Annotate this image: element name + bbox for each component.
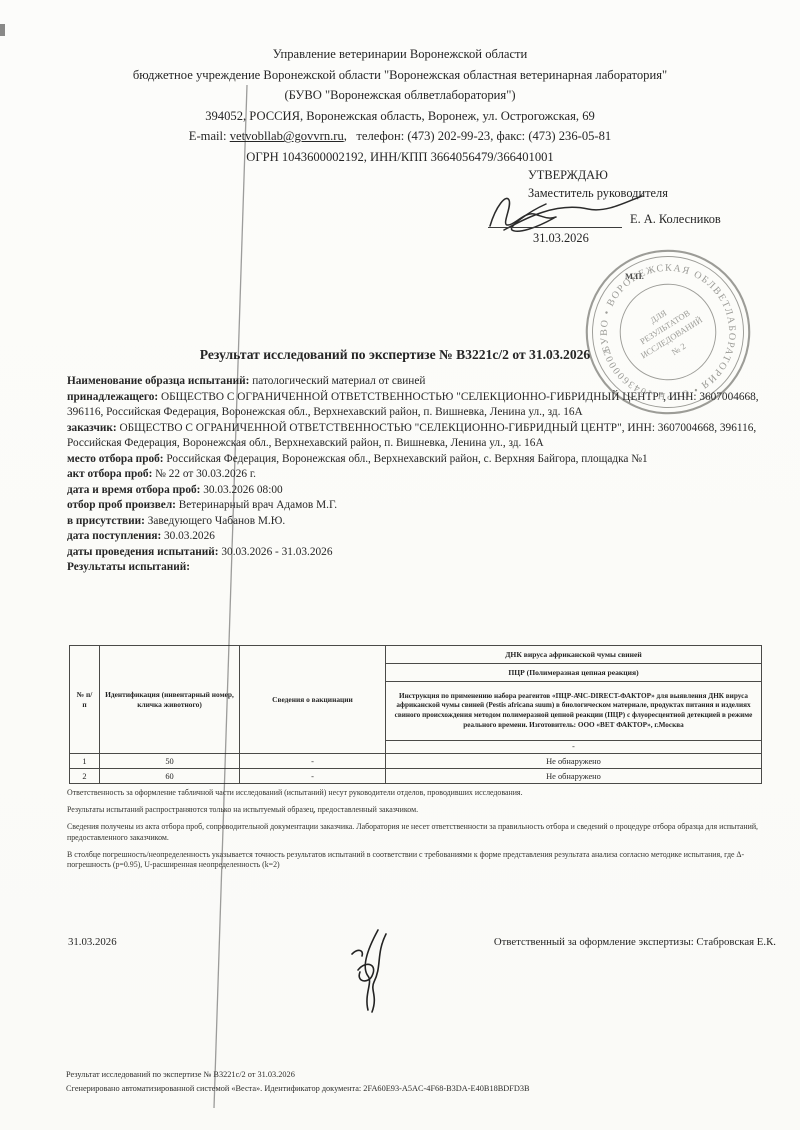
footer-generated-line: Сгенерировано автоматизированной системо… [66, 1082, 530, 1096]
email-label: E-mail: [189, 129, 230, 143]
detail-line: дата и время отбора проб: 30.03.2026 08:… [67, 483, 779, 499]
table-row: 2 60 - Не обнаружено [70, 769, 762, 784]
letterhead-org-line: Управление ветеринарии Воронежской облас… [40, 44, 760, 65]
detail-line: Наименование образца испытаний: патологи… [67, 374, 779, 390]
detail-line: в присутствии: Заведующего Чабанов М.Ю. [67, 514, 779, 530]
scan-artifact-mark [0, 24, 5, 36]
footnote: Сведения получены из акта отбора проб, с… [67, 822, 781, 843]
executor-signature-icon [338, 924, 402, 1016]
letterhead-ogrn-line: ОГРН 1043600002192, ИНН/КПП 3664056479/3… [40, 147, 760, 168]
result-cell: Не обнаружено [386, 754, 762, 769]
signature-line [488, 227, 622, 228]
letterhead-org-line: бюджетное учреждение Воронежской области… [40, 65, 760, 86]
detail-line: отбор проб произвел: Ветеринарный врач А… [67, 498, 779, 514]
approve-date: 31.03.2026 [533, 231, 589, 246]
results-table: № п/п Идентификация (инвентарный номер, … [69, 645, 762, 784]
page-title: Результат исследований по экспертизе № В… [0, 347, 790, 363]
signoff-date: 31.03.2026 [68, 936, 117, 948]
footnote: В столбце погрешность/неопределенность у… [67, 850, 781, 871]
document-page: Управление ветеринарии Воронежской облас… [0, 0, 800, 1130]
detail-line: заказчик: ОБЩЕСТВО С ОГРАНИЧЕННОЙ ОТВЕТС… [67, 421, 779, 452]
detail-line: акт отбора проб: № 22 от 30.03.2026 г. [67, 467, 779, 483]
sample-details: Наименование образца испытаний: патологи… [67, 374, 779, 576]
vaccination-cell: - [240, 754, 386, 769]
footer-expertise-line: Результат исследований по экспертизе № В… [66, 1068, 530, 1082]
result-cell: Не обнаружено [386, 769, 762, 784]
approver-name: Е. А. Колесников [630, 212, 721, 227]
letterhead-org-line: (БУВО "Воронежская облветлаборатория") [40, 85, 760, 106]
detail-line: место отбора проб: Российская Федерация,… [67, 452, 779, 468]
phone-fax: , телефон: (473) 202-99-23, факс: (473) … [344, 129, 611, 143]
col-header-instruction: Инструкция по применению набора реагенто… [386, 682, 762, 741]
footnotes: Ответственность за оформление табличной … [67, 788, 781, 878]
row-number-cell: 1 [70, 754, 100, 769]
footnote: Результаты испытаний распространяются то… [67, 805, 781, 816]
signoff-responsible: Ответственный за оформление экспертизы: … [494, 936, 776, 948]
seal-place-label: М.П. [625, 271, 644, 281]
col-header-vaccination: Сведения о вакцинации [240, 646, 386, 754]
detail-line: принадлежащего: ОБЩЕСТВО С ОГРАНИЧЕННОЙ … [67, 390, 779, 421]
col-header-test-name: ДНК вируса африканской чумы свиней [386, 646, 762, 664]
results-section-label: Результаты испытаний: [67, 560, 779, 576]
letterhead-contact-line: E-mail: vetvobllab@govvrn.ru, телефон: (… [40, 126, 760, 147]
document-footer: Результат исследований по экспертизе № В… [66, 1068, 530, 1095]
row-number-cell: 2 [70, 769, 100, 784]
email-address: vetvobllab@govvrn.ru [230, 129, 344, 143]
detail-line: дата поступления: 30.03.2026 [67, 529, 779, 545]
col-header-method: ПЦР (Полимеразная цепная реакция) [386, 664, 762, 682]
detail-line: даты проведения испытаний: 30.03.2026 - … [67, 545, 779, 561]
footnote: Ответственность за оформление табличной … [67, 788, 781, 799]
uncertainty-cell: - [386, 741, 762, 754]
col-header-number: № п/п [70, 646, 100, 754]
approve-title: УТВЕРЖДАЮ [528, 166, 668, 184]
table-row: 1 50 - Не обнаружено [70, 754, 762, 769]
identification-cell: 60 [100, 769, 240, 784]
col-header-identification: Идентификация (инвентарный номер, кличка… [100, 646, 240, 754]
letterhead: Управление ветеринарии Воронежской облас… [40, 44, 760, 168]
identification-cell: 50 [100, 754, 240, 769]
vaccination-cell: - [240, 769, 386, 784]
letterhead-address-line: 394052, РОССИЯ, Воронежская область, Вор… [40, 106, 760, 127]
